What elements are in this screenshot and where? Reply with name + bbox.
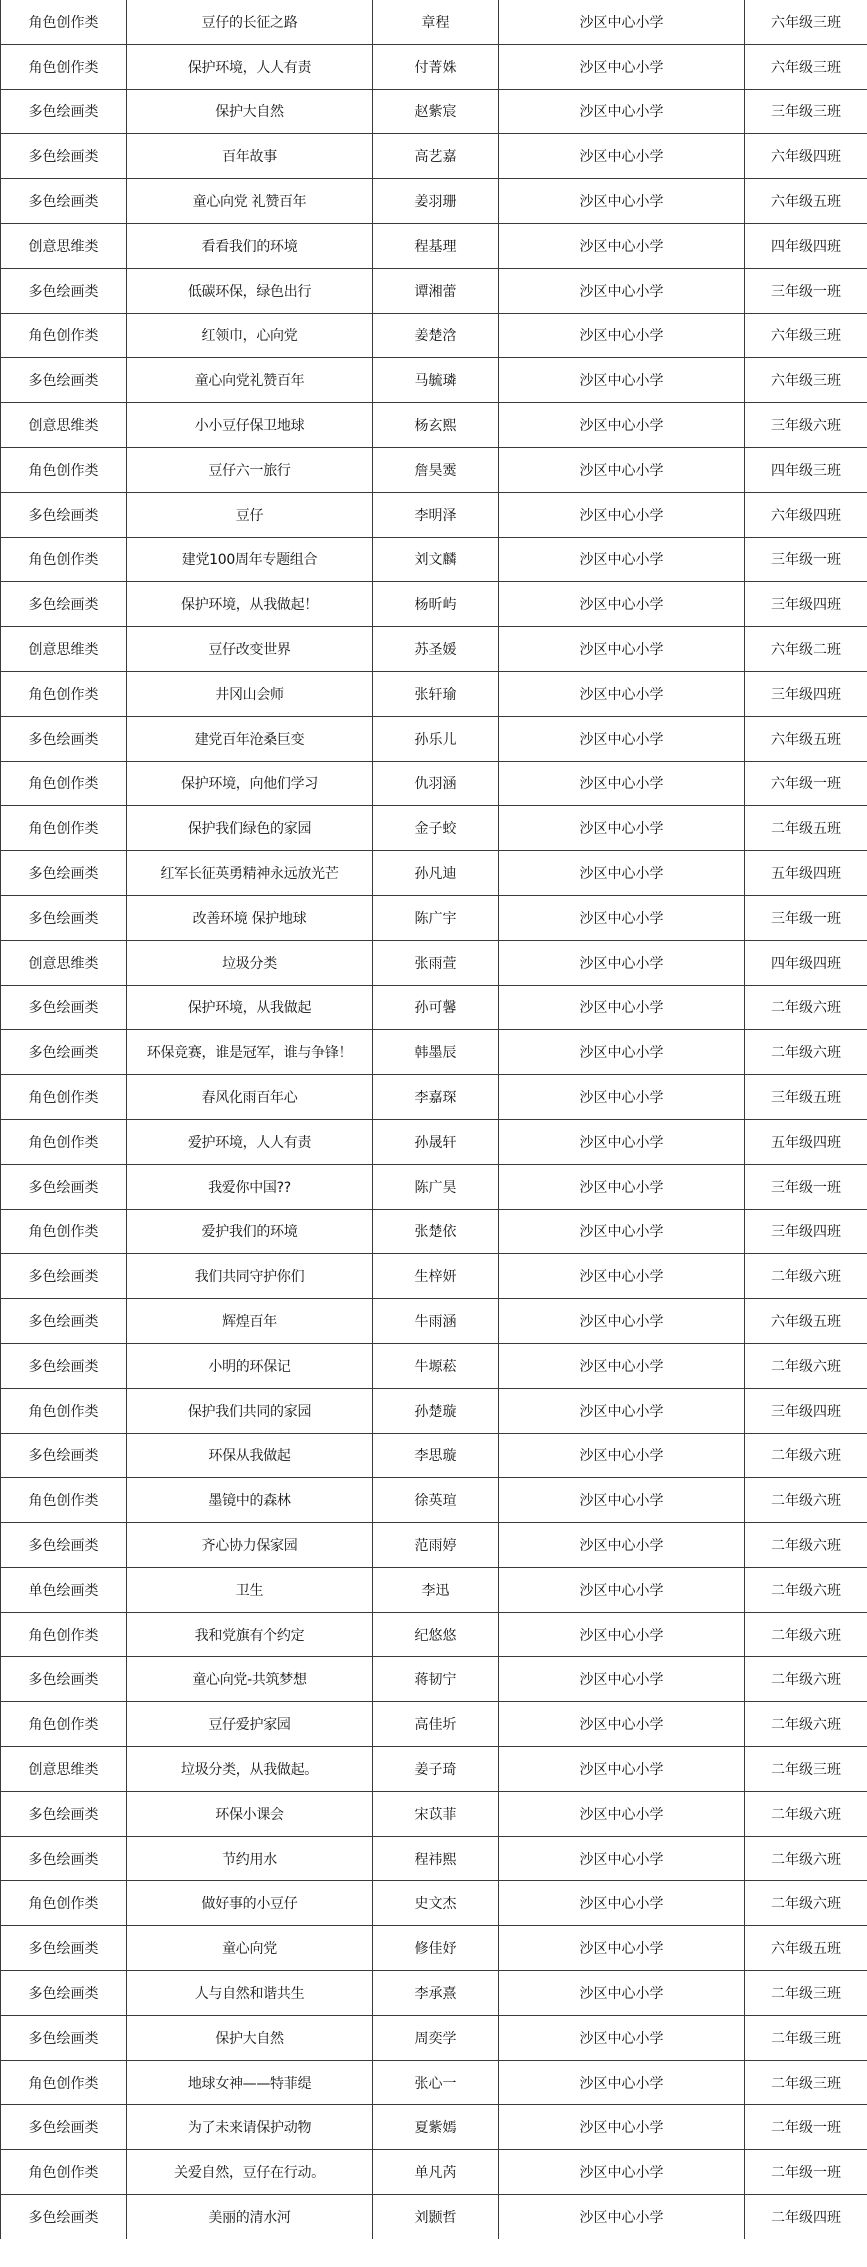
class-cell: 二年级四班 <box>745 2195 867 2239</box>
author-cell: 高佳圻 <box>373 1702 499 1747</box>
title-cell: 保护大自然 <box>127 89 373 134</box>
category-cell: 角色创作类 <box>1 313 127 358</box>
school-cell: 沙区中心小学 <box>499 1926 745 1971</box>
school-cell: 沙区中心小学 <box>499 1747 745 1792</box>
school-cell: 沙区中心小学 <box>499 447 745 492</box>
school-cell: 沙区中心小学 <box>499 1164 745 1209</box>
class-cell: 六年级五班 <box>745 716 867 761</box>
school-cell: 沙区中心小学 <box>499 268 745 313</box>
category-cell: 多色绘画类 <box>1 1971 127 2016</box>
category-cell: 角色创作类 <box>1 1075 127 1120</box>
table-row: 角色创作类墨镜中的森林徐英瑄沙区中心小学二年级六班 <box>1 1478 867 1523</box>
category-cell: 多色绘画类 <box>1 1926 127 1971</box>
school-cell: 沙区中心小学 <box>499 1030 745 1075</box>
class-cell: 六年级三班 <box>745 0 867 44</box>
author-cell: 徐英瑄 <box>373 1478 499 1523</box>
school-cell: 沙区中心小学 <box>499 403 745 448</box>
class-cell: 二年级三班 <box>745 1747 867 1792</box>
category-cell: 多色绘画类 <box>1 1433 127 1478</box>
author-cell: 单凡芮 <box>373 2150 499 2195</box>
author-cell: 谭湘蕾 <box>373 268 499 313</box>
author-cell: 牛雨涵 <box>373 1299 499 1344</box>
school-cell: 沙区中心小学 <box>499 1612 745 1657</box>
title-cell: 小小豆仔保卫地球 <box>127 403 373 448</box>
category-cell: 多色绘画类 <box>1 1791 127 1836</box>
school-cell: 沙区中心小学 <box>499 223 745 268</box>
author-cell: 张雨萱 <box>373 940 499 985</box>
class-cell: 二年级三班 <box>745 2060 867 2105</box>
table-row: 多色绘画类小明的环保记牛塬菘沙区中心小学二年级六班 <box>1 1343 867 1388</box>
school-cell: 沙区中心小学 <box>499 1836 745 1881</box>
class-cell: 二年级三班 <box>745 1971 867 2016</box>
school-cell: 沙区中心小学 <box>499 671 745 716</box>
table-row: 多色绘画类我们共同守护你们生梓妍沙区中心小学二年级六班 <box>1 1254 867 1299</box>
school-cell: 沙区中心小学 <box>499 1881 745 1926</box>
table-row: 多色绘画类辉煌百年牛雨涵沙区中心小学六年级五班 <box>1 1299 867 1344</box>
class-cell: 三年级一班 <box>745 268 867 313</box>
title-cell: 墨镜中的森林 <box>127 1478 373 1523</box>
school-cell: 沙区中心小学 <box>499 0 745 44</box>
title-cell: 保护大自然 <box>127 2015 373 2060</box>
title-cell: 豆仔改变世界 <box>127 627 373 672</box>
class-cell: 二年级六班 <box>745 985 867 1030</box>
category-cell: 角色创作类 <box>1 1702 127 1747</box>
author-cell: 程基理 <box>373 223 499 268</box>
class-cell: 二年级三班 <box>745 2015 867 2060</box>
title-cell: 爱护我们的环境 <box>127 1209 373 1254</box>
table-row: 创意思维类小小豆仔保卫地球杨玄熙沙区中心小学三年级六班 <box>1 403 867 448</box>
table-row: 多色绘画类环保小课会宋苡菲沙区中心小学二年级六班 <box>1 1791 867 1836</box>
author-cell: 李迅 <box>373 1567 499 1612</box>
school-cell: 沙区中心小学 <box>499 44 745 89</box>
class-cell: 六年级二班 <box>745 627 867 672</box>
table-row: 角色创作类保护环境，人人有责付菁姝沙区中心小学六年级三班 <box>1 44 867 89</box>
title-cell: 环保竞赛，谁是冠军，谁与争锋！ <box>127 1030 373 1075</box>
table-row: 角色创作类红领巾，心向党姜楚浛沙区中心小学六年级三班 <box>1 313 867 358</box>
class-cell: 三年级四班 <box>745 671 867 716</box>
class-cell: 六年级四班 <box>745 492 867 537</box>
table-row: 角色创作类豆仔六一旅行詹昊霙沙区中心小学四年级三班 <box>1 447 867 492</box>
author-cell: 范雨婷 <box>373 1523 499 1568</box>
author-cell: 付菁姝 <box>373 44 499 89</box>
table-row: 多色绘画类豆仔李明泽沙区中心小学六年级四班 <box>1 492 867 537</box>
category-cell: 多色绘画类 <box>1 2015 127 2060</box>
table-row: 角色创作类关爱自然，豆仔在行动。单凡芮沙区中心小学二年级一班 <box>1 2150 867 2195</box>
author-cell: 刘颢哲 <box>373 2195 499 2239</box>
author-cell: 赵紫宸 <box>373 89 499 134</box>
class-cell: 二年级六班 <box>745 1523 867 1568</box>
table-row: 多色绘画类保护大自然赵紫宸沙区中心小学三年级三班 <box>1 89 867 134</box>
category-cell: 角色创作类 <box>1 806 127 851</box>
table-row: 多色绘画类改善环境 保护地球陈广宇沙区中心小学三年级一班 <box>1 895 867 940</box>
category-cell: 多色绘画类 <box>1 1164 127 1209</box>
class-cell: 二年级一班 <box>745 2150 867 2195</box>
category-cell: 多色绘画类 <box>1 851 127 896</box>
school-cell: 沙区中心小学 <box>499 313 745 358</box>
school-cell: 沙区中心小学 <box>499 2150 745 2195</box>
category-cell: 多色绘画类 <box>1 358 127 403</box>
table-row: 多色绘画类保护环境，从我做起孙可馨沙区中心小学二年级六班 <box>1 985 867 1030</box>
title-cell: 垃圾分类 <box>127 940 373 985</box>
table-row: 单色绘画类卫生李迅沙区中心小学二年级六班 <box>1 1567 867 1612</box>
title-cell: 齐心协力保家园 <box>127 1523 373 1568</box>
school-cell: 沙区中心小学 <box>499 1567 745 1612</box>
table-row: 多色绘画类我爱你中国??陈广昊沙区中心小学三年级一班 <box>1 1164 867 1209</box>
table-row: 多色绘画类童心向党 礼赞百年姜羽珊沙区中心小学六年级五班 <box>1 179 867 224</box>
title-cell: 豆仔爱护家园 <box>127 1702 373 1747</box>
author-cell: 史文杰 <box>373 1881 499 1926</box>
title-cell: 为了未来请保护动物 <box>127 2105 373 2150</box>
title-cell: 小明的环保记 <box>127 1343 373 1388</box>
table-row: 创意思维类垃圾分类，从我做起。姜子琦沙区中心小学二年级三班 <box>1 1747 867 1792</box>
title-cell: 保护我们共同的家园 <box>127 1388 373 1433</box>
author-cell: 生梓妍 <box>373 1254 499 1299</box>
category-cell: 单色绘画类 <box>1 1567 127 1612</box>
class-cell: 六年级三班 <box>745 358 867 403</box>
category-cell: 角色创作类 <box>1 44 127 89</box>
title-cell: 百年故事 <box>127 134 373 179</box>
entries-table-body: 角色创作类豆仔的长征之路章程沙区中心小学六年级三班角色创作类保护环境，人人有责付… <box>1 0 867 2239</box>
author-cell: 韩墨辰 <box>373 1030 499 1075</box>
school-cell: 沙区中心小学 <box>499 2195 745 2239</box>
title-cell: 做好事的小豆仔 <box>127 1881 373 1926</box>
title-cell: 童心向党礼赞百年 <box>127 358 373 403</box>
school-cell: 沙区中心小学 <box>499 2060 745 2105</box>
school-cell: 沙区中心小学 <box>499 492 745 537</box>
school-cell: 沙区中心小学 <box>499 2105 745 2150</box>
author-cell: 陈广昊 <box>373 1164 499 1209</box>
class-cell: 六年级五班 <box>745 179 867 224</box>
title-cell: 我爱你中国?? <box>127 1164 373 1209</box>
title-cell: 豆仔的长征之路 <box>127 0 373 44</box>
class-cell: 四年级四班 <box>745 940 867 985</box>
category-cell: 角色创作类 <box>1 761 127 806</box>
class-cell: 六年级一班 <box>745 761 867 806</box>
title-cell: 童心向党 <box>127 1926 373 1971</box>
author-cell: 宋苡菲 <box>373 1791 499 1836</box>
school-cell: 沙区中心小学 <box>499 627 745 672</box>
author-cell: 李明泽 <box>373 492 499 537</box>
class-cell: 三年级四班 <box>745 1209 867 1254</box>
author-cell: 姜子琦 <box>373 1747 499 1792</box>
author-cell: 孙楚璇 <box>373 1388 499 1433</box>
author-cell: 张轩瑜 <box>373 671 499 716</box>
school-cell: 沙区中心小学 <box>499 1478 745 1523</box>
title-cell: 春风化雨百年心 <box>127 1075 373 1120</box>
title-cell: 保护环境，从我做起 <box>127 985 373 1030</box>
title-cell: 地球女神——特菲缇 <box>127 2060 373 2105</box>
class-cell: 三年级三班 <box>745 89 867 134</box>
school-cell: 沙区中心小学 <box>499 1523 745 1568</box>
author-cell: 孙可馨 <box>373 985 499 1030</box>
school-cell: 沙区中心小学 <box>499 1702 745 1747</box>
school-cell: 沙区中心小学 <box>499 1299 745 1344</box>
class-cell: 二年级六班 <box>745 1478 867 1523</box>
category-cell: 创意思维类 <box>1 1747 127 1792</box>
title-cell: 环保小课会 <box>127 1791 373 1836</box>
author-cell: 牛塬菘 <box>373 1343 499 1388</box>
table-row: 多色绘画类红军长征英勇精神永远放光芒孙凡迪沙区中心小学五年级四班 <box>1 851 867 896</box>
category-cell: 创意思维类 <box>1 403 127 448</box>
school-cell: 沙区中心小学 <box>499 940 745 985</box>
category-cell: 多色绘画类 <box>1 1343 127 1388</box>
class-cell: 二年级六班 <box>745 1343 867 1388</box>
title-cell: 爱护环境，人人有责 <box>127 1119 373 1164</box>
class-cell: 三年级六班 <box>745 403 867 448</box>
table-row: 多色绘画类节约用水程祎熙沙区中心小学二年级六班 <box>1 1836 867 1881</box>
title-cell: 井冈山会师 <box>127 671 373 716</box>
class-cell: 二年级五班 <box>745 806 867 851</box>
title-cell: 红领巾，心向党 <box>127 313 373 358</box>
school-cell: 沙区中心小学 <box>499 1119 745 1164</box>
author-cell: 纪悠悠 <box>373 1612 499 1657</box>
title-cell: 人与自然和谐共生 <box>127 1971 373 2016</box>
school-cell: 沙区中心小学 <box>499 1433 745 1478</box>
school-cell: 沙区中心小学 <box>499 1971 745 2016</box>
table-row: 角色创作类建党100周年专题组合刘文麟沙区中心小学三年级一班 <box>1 537 867 582</box>
table-row: 多色绘画类为了未来请保护动物夏紫嫣沙区中心小学二年级一班 <box>1 2105 867 2150</box>
category-cell: 角色创作类 <box>1 1881 127 1926</box>
school-cell: 沙区中心小学 <box>499 134 745 179</box>
title-cell: 保护环境，从我做起！ <box>127 582 373 627</box>
title-cell: 我们共同守护你们 <box>127 1254 373 1299</box>
author-cell: 李思璇 <box>373 1433 499 1478</box>
table-row: 创意思维类豆仔改变世界苏圣媛沙区中心小学六年级二班 <box>1 627 867 672</box>
title-cell: 看看我们的环境 <box>127 223 373 268</box>
category-cell: 多色绘画类 <box>1 89 127 134</box>
category-cell: 创意思维类 <box>1 627 127 672</box>
author-cell: 陈广宇 <box>373 895 499 940</box>
class-cell: 六年级三班 <box>745 313 867 358</box>
school-cell: 沙区中心小学 <box>499 985 745 1030</box>
title-cell: 建党100周年专题组合 <box>127 537 373 582</box>
class-cell: 二年级六班 <box>745 1567 867 1612</box>
author-cell: 孙凡迪 <box>373 851 499 896</box>
author-cell: 李嘉琛 <box>373 1075 499 1120</box>
table-row: 角色创作类爱护环境，人人有责孙晟轩沙区中心小学五年级四班 <box>1 1119 867 1164</box>
title-cell: 垃圾分类，从我做起。 <box>127 1747 373 1792</box>
category-cell: 角色创作类 <box>1 1119 127 1164</box>
table-row: 角色创作类保护我们共同的家园孙楚璇沙区中心小学三年级四班 <box>1 1388 867 1433</box>
category-cell: 角色创作类 <box>1 2150 127 2195</box>
school-cell: 沙区中心小学 <box>499 1388 745 1433</box>
class-cell: 六年级四班 <box>745 134 867 179</box>
table-row: 多色绘画类齐心协力保家园范雨婷沙区中心小学二年级六班 <box>1 1523 867 1568</box>
title-cell: 改善环境 保护地球 <box>127 895 373 940</box>
school-cell: 沙区中心小学 <box>499 358 745 403</box>
school-cell: 沙区中心小学 <box>499 179 745 224</box>
author-cell: 刘文麟 <box>373 537 499 582</box>
title-cell: 环保从我做起 <box>127 1433 373 1478</box>
table-row: 多色绘画类童心向党礼赞百年马毓璘沙区中心小学六年级三班 <box>1 358 867 403</box>
table-row: 角色创作类豆仔的长征之路章程沙区中心小学六年级三班 <box>1 0 867 44</box>
title-cell: 保护环境，向他们学习 <box>127 761 373 806</box>
class-cell: 五年级四班 <box>745 1119 867 1164</box>
author-cell: 高艺嘉 <box>373 134 499 179</box>
class-cell: 二年级六班 <box>745 1836 867 1881</box>
class-cell: 五年级四班 <box>745 851 867 896</box>
category-cell: 创意思维类 <box>1 223 127 268</box>
class-cell: 二年级六班 <box>745 1254 867 1299</box>
title-cell: 节约用水 <box>127 1836 373 1881</box>
school-cell: 沙区中心小学 <box>499 851 745 896</box>
category-cell: 创意思维类 <box>1 940 127 985</box>
class-cell: 二年级六班 <box>745 1791 867 1836</box>
school-cell: 沙区中心小学 <box>499 1343 745 1388</box>
category-cell: 多色绘画类 <box>1 1523 127 1568</box>
category-cell: 多色绘画类 <box>1 179 127 224</box>
title-cell: 卫生 <box>127 1567 373 1612</box>
title-cell: 低碳环保，绿色出行 <box>127 268 373 313</box>
author-cell: 蒋韧宁 <box>373 1657 499 1702</box>
table-row: 创意思维类看看我们的环境程基理沙区中心小学四年级四班 <box>1 223 867 268</box>
table-row: 多色绘画类环保从我做起李思璇沙区中心小学二年级六班 <box>1 1433 867 1478</box>
category-cell: 角色创作类 <box>1 671 127 716</box>
title-cell: 童心向党 礼赞百年 <box>127 179 373 224</box>
author-cell: 马毓璘 <box>373 358 499 403</box>
school-cell: 沙区中心小学 <box>499 1209 745 1254</box>
author-cell: 仇羽涵 <box>373 761 499 806</box>
title-cell: 豆仔 <box>127 492 373 537</box>
class-cell: 四年级四班 <box>745 223 867 268</box>
school-cell: 沙区中心小学 <box>499 1657 745 1702</box>
title-cell: 豆仔六一旅行 <box>127 447 373 492</box>
author-cell: 程祎熙 <box>373 1836 499 1881</box>
category-cell: 角色创作类 <box>1 447 127 492</box>
class-cell: 二年级六班 <box>745 1030 867 1075</box>
table-row: 角色创作类春风化雨百年心李嘉琛沙区中心小学三年级五班 <box>1 1075 867 1120</box>
class-cell: 三年级五班 <box>745 1075 867 1120</box>
class-cell: 二年级一班 <box>745 2105 867 2150</box>
author-cell: 李承熹 <box>373 1971 499 2016</box>
title-cell: 红军长征英勇精神永远放光芒 <box>127 851 373 896</box>
class-cell: 六年级五班 <box>745 1926 867 1971</box>
author-cell: 杨昕屿 <box>373 582 499 627</box>
table-row: 多色绘画类建党百年沧桑巨变孙乐儿沙区中心小学六年级五班 <box>1 716 867 761</box>
table-row: 多色绘画类美丽的清水河刘颢哲沙区中心小学二年级四班 <box>1 2195 867 2239</box>
category-cell: 多色绘画类 <box>1 1254 127 1299</box>
category-cell: 角色创作类 <box>1 1388 127 1433</box>
title-cell: 保护环境，人人有责 <box>127 44 373 89</box>
author-cell: 章程 <box>373 0 499 44</box>
school-cell: 沙区中心小学 <box>499 89 745 134</box>
category-cell: 多色绘画类 <box>1 492 127 537</box>
table-row: 角色创作类保护环境，向他们学习仇羽涵沙区中心小学六年级一班 <box>1 761 867 806</box>
category-cell: 多色绘画类 <box>1 1030 127 1075</box>
category-cell: 多色绘画类 <box>1 1836 127 1881</box>
author-cell: 孙晟轩 <box>373 1119 499 1164</box>
category-cell: 多色绘画类 <box>1 268 127 313</box>
author-cell: 姜羽珊 <box>373 179 499 224</box>
class-cell: 三年级一班 <box>745 1164 867 1209</box>
table-row: 角色创作类保护我们绿色的家园金子蛟沙区中心小学二年级五班 <box>1 806 867 851</box>
school-cell: 沙区中心小学 <box>499 2015 745 2060</box>
category-cell: 多色绘画类 <box>1 582 127 627</box>
table-row: 多色绘画类人与自然和谐共生李承熹沙区中心小学二年级三班 <box>1 1971 867 2016</box>
title-cell: 美丽的清水河 <box>127 2195 373 2239</box>
school-cell: 沙区中心小学 <box>499 1075 745 1120</box>
category-cell: 角色创作类 <box>1 0 127 44</box>
author-cell: 詹昊霙 <box>373 447 499 492</box>
entries-table: 角色创作类豆仔的长征之路章程沙区中心小学六年级三班角色创作类保护环境，人人有责付… <box>0 0 867 2239</box>
author-cell: 苏圣媛 <box>373 627 499 672</box>
category-cell: 多色绘画类 <box>1 2105 127 2150</box>
school-cell: 沙区中心小学 <box>499 716 745 761</box>
class-cell: 二年级六班 <box>745 1702 867 1747</box>
author-cell: 金子蛟 <box>373 806 499 851</box>
category-cell: 多色绘画类 <box>1 985 127 1030</box>
table-row: 多色绘画类百年故事高艺嘉沙区中心小学六年级四班 <box>1 134 867 179</box>
category-cell: 多色绘画类 <box>1 1657 127 1702</box>
author-cell: 张心一 <box>373 2060 499 2105</box>
table-row: 角色创作类我和党旗有个约定纪悠悠沙区中心小学二年级六班 <box>1 1612 867 1657</box>
title-cell: 我和党旗有个约定 <box>127 1612 373 1657</box>
school-cell: 沙区中心小学 <box>499 806 745 851</box>
class-cell: 六年级三班 <box>745 44 867 89</box>
category-cell: 角色创作类 <box>1 1612 127 1657</box>
author-cell: 夏紫嫣 <box>373 2105 499 2150</box>
school-cell: 沙区中心小学 <box>499 537 745 582</box>
class-cell: 六年级五班 <box>745 1299 867 1344</box>
category-cell: 多色绘画类 <box>1 1299 127 1344</box>
table-row: 角色创作类井冈山会师张轩瑜沙区中心小学三年级四班 <box>1 671 867 716</box>
class-cell: 四年级三班 <box>745 447 867 492</box>
class-cell: 三年级一班 <box>745 537 867 582</box>
category-cell: 多色绘画类 <box>1 2195 127 2239</box>
category-cell: 角色创作类 <box>1 537 127 582</box>
class-cell: 二年级六班 <box>745 1657 867 1702</box>
table-row: 多色绘画类保护大自然周奕学沙区中心小学二年级三班 <box>1 2015 867 2060</box>
table-row: 多色绘画类童心向党-共筑梦想蒋韧宁沙区中心小学二年级六班 <box>1 1657 867 1702</box>
author-cell: 杨玄熙 <box>373 403 499 448</box>
school-cell: 沙区中心小学 <box>499 895 745 940</box>
class-cell: 二年级六班 <box>745 1612 867 1657</box>
school-cell: 沙区中心小学 <box>499 582 745 627</box>
class-cell: 三年级一班 <box>745 895 867 940</box>
title-cell: 保护我们绿色的家园 <box>127 806 373 851</box>
title-cell: 关爱自然，豆仔在行动。 <box>127 2150 373 2195</box>
class-cell: 二年级六班 <box>745 1433 867 1478</box>
author-cell: 修佳妤 <box>373 1926 499 1971</box>
table-row: 角色创作类地球女神——特菲缇张心一沙区中心小学二年级三班 <box>1 2060 867 2105</box>
table-row: 多色绘画类环保竞赛，谁是冠军，谁与争锋！韩墨辰沙区中心小学二年级六班 <box>1 1030 867 1075</box>
title-cell: 童心向党-共筑梦想 <box>127 1657 373 1702</box>
author-cell: 姜楚浛 <box>373 313 499 358</box>
author-cell: 张楚依 <box>373 1209 499 1254</box>
table-row: 多色绘画类童心向党修佳妤沙区中心小学六年级五班 <box>1 1926 867 1971</box>
table-row: 多色绘画类保护环境，从我做起！杨昕屿沙区中心小学三年级四班 <box>1 582 867 627</box>
school-cell: 沙区中心小学 <box>499 1791 745 1836</box>
school-cell: 沙区中心小学 <box>499 761 745 806</box>
class-cell: 二年级六班 <box>745 1881 867 1926</box>
category-cell: 多色绘画类 <box>1 716 127 761</box>
table-row: 创意思维类垃圾分类张雨萱沙区中心小学四年级四班 <box>1 940 867 985</box>
table-row: 角色创作类豆仔爱护家园高佳圻沙区中心小学二年级六班 <box>1 1702 867 1747</box>
class-cell: 三年级四班 <box>745 1388 867 1433</box>
table-row: 角色创作类爱护我们的环境张楚依沙区中心小学三年级四班 <box>1 1209 867 1254</box>
title-cell: 建党百年沧桑巨变 <box>127 716 373 761</box>
author-cell: 孙乐儿 <box>373 716 499 761</box>
table-row: 多色绘画类低碳环保，绿色出行谭湘蕾沙区中心小学三年级一班 <box>1 268 867 313</box>
title-cell: 辉煌百年 <box>127 1299 373 1344</box>
author-cell: 周奕学 <box>373 2015 499 2060</box>
category-cell: 角色创作类 <box>1 1209 127 1254</box>
school-cell: 沙区中心小学 <box>499 1254 745 1299</box>
category-cell: 角色创作类 <box>1 2060 127 2105</box>
table-row: 角色创作类做好事的小豆仔史文杰沙区中心小学二年级六班 <box>1 1881 867 1926</box>
category-cell: 多色绘画类 <box>1 134 127 179</box>
class-cell: 三年级四班 <box>745 582 867 627</box>
